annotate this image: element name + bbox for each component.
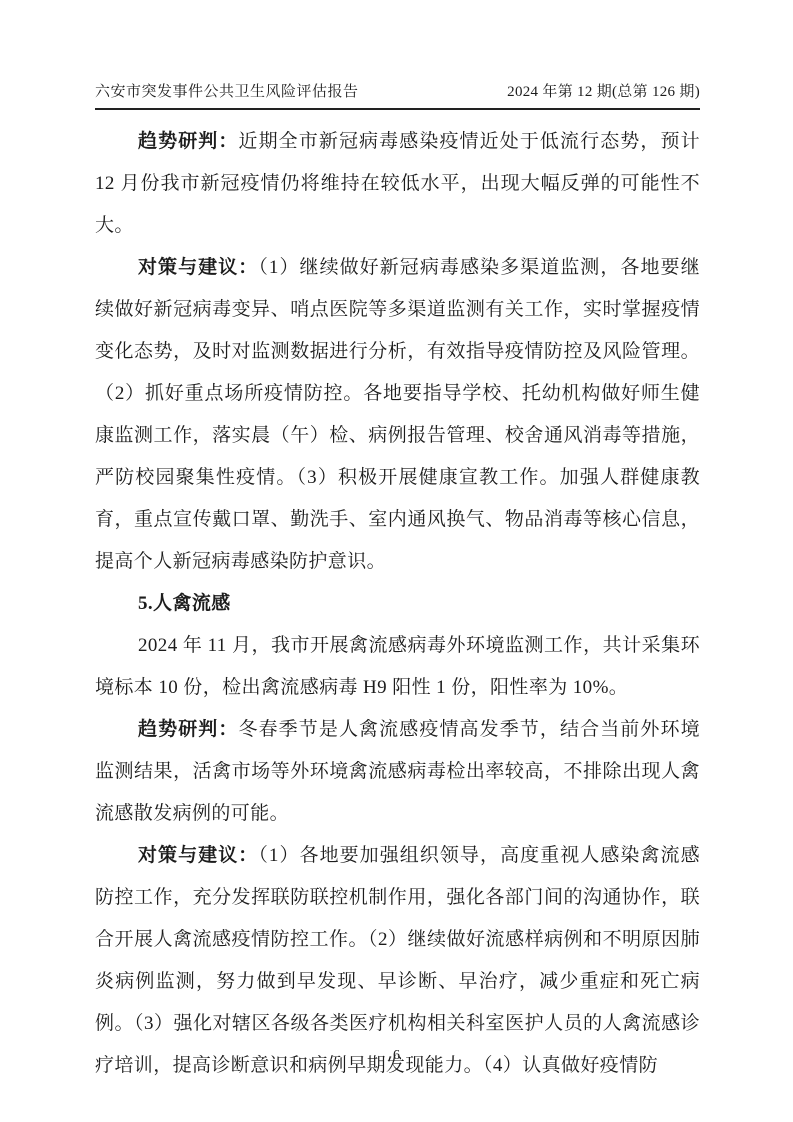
paragraph-text: （1）继续做好新冠病毒感染多渠道监测，各地要继续做好新冠病毒变异、哨点医院等多渠… — [95, 257, 700, 572]
paragraph-lead: 趋势研判： — [138, 719, 238, 740]
paragraph: 2024 年 11 月，我市开展禽流感病毒外环境监测工作，共计采集环境标本 10… — [95, 625, 700, 709]
paragraph-lead: 趋势研判： — [138, 131, 238, 152]
document-page: 六安市突发事件公共卫生风险评估报告 2024 年第 12 期(总第 126 期)… — [0, 0, 793, 1122]
paragraph-text: 2024 年 11 月，我市开展禽流感病毒外环境监测工作，共计采集环境标本 10… — [95, 635, 700, 698]
page-header: 六安市突发事件公共卫生风险评估报告 2024 年第 12 期(总第 126 期) — [95, 83, 700, 110]
section-heading: 5.人禽流感 — [95, 583, 700, 625]
header-report-title: 六安市突发事件公共卫生风险评估报告 — [95, 83, 359, 101]
paragraph: 趋势研判：近期全市新冠病毒感染疫情近处于低流行态势，预计 12 月份我市新冠疫情… — [95, 121, 700, 247]
paragraph: 对策与建议：（1）继续做好新冠病毒感染多渠道监测，各地要继续做好新冠病毒变异、哨… — [95, 247, 700, 583]
paragraph-lead: 对策与建议： — [138, 845, 258, 866]
paragraph-text: （1）各地要加强组织领导，高度重视人感染禽流感防控工作，充分发挥联防联控机制作用… — [95, 845, 700, 1076]
document-body: 趋势研判：近期全市新冠病毒感染疫情近处于低流行态势，预计 12 月份我市新冠疫情… — [95, 121, 700, 1087]
page-number: 6 — [393, 1048, 400, 1063]
section-heading-text: 5.人禽流感 — [138, 593, 231, 614]
paragraph: 趋势研判：冬春季节是人禽流感疫情高发季节，结合当前外环境监测结果，活禽市场等外环… — [95, 709, 700, 835]
paragraph-lead: 对策与建议： — [138, 257, 258, 278]
header-issue-number: 2024 年第 12 期(总第 126 期) — [507, 83, 700, 101]
page-footer: 6 — [0, 1048, 793, 1064]
